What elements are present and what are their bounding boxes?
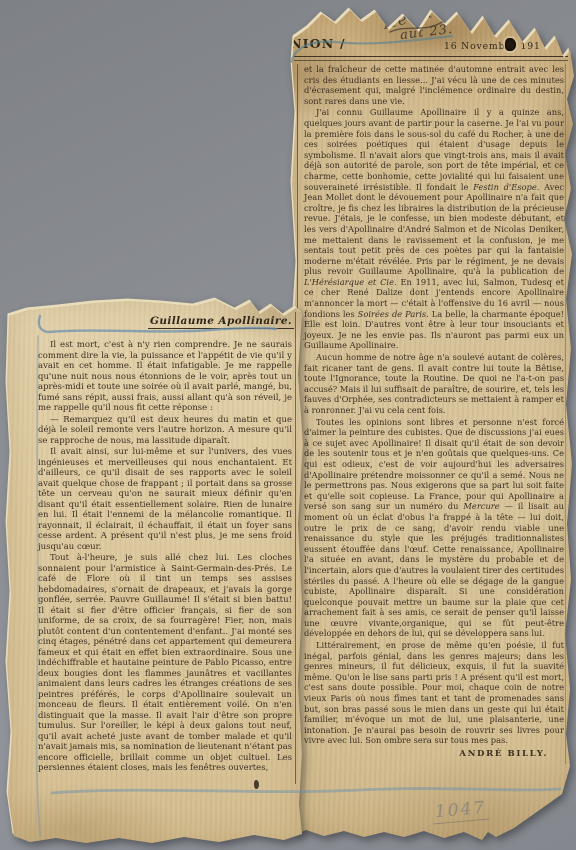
italic-title: Festin d'Esope. [473, 182, 539, 192]
paragraph: Il avait ainsi, sur lui-même et sur l'un… [38, 447, 292, 552]
scan-background: NION / Henri aut 23. 16 Novembre 191 et … [0, 0, 576, 850]
article-column: et la fraîcheur de cette matinée d'autom… [304, 64, 564, 760]
italic-title: Soirées de Paris. [358, 309, 429, 319]
paragraph: Tout à-l'heure, je suis allé chez lui. L… [38, 553, 292, 774]
torn-hole [254, 780, 259, 789]
paragraph: J'ai connu Guillaume Apollinaire il y a … [304, 107, 564, 351]
column-rule [295, 312, 296, 784]
column-rule [565, 64, 566, 764]
header-rule [294, 60, 568, 61]
paragraph: — Remarquez qu'il est deux heures du mat… [38, 415, 292, 447]
header-rule [294, 56, 568, 57]
text-run: J'ai connu Guillaume Apollinaire il y a … [304, 107, 564, 191]
text-run: Toutes les opinions sont libres et perso… [304, 417, 564, 512]
text-run: — il lisait au moment où un éclat d'obus… [304, 501, 564, 638]
paragraph: Aucun homme de notre âge n'a soulevé aut… [304, 352, 564, 416]
italic-title: L'Hérésiarque et Cie. [304, 277, 397, 287]
clipping-paper: Guillaume Apollinaire. Il est mort, c'es… [4, 294, 306, 848]
printed-date: 16 Novembre 191 [444, 41, 541, 52]
handwritten-page-number: 1047 [431, 798, 490, 825]
article-title: Guillaume Apollinaire. [148, 315, 294, 329]
newspaper-clipping-left: Guillaume Apollinaire. Il est mort, c'es… [4, 294, 306, 848]
text-run: Avec Jean Mollet dont le dévouement pour… [304, 182, 564, 277]
paragraph: Littérairement, en prose de même qu'en p… [304, 640, 564, 746]
clipping-paper: NION / Henri aut 23. 16 Novembre 191 et … [286, 4, 576, 844]
paragraph: et la fraîcheur de cette matinée d'autom… [304, 64, 564, 106]
italic-title: Mercure [463, 501, 499, 511]
masthead-fragment: NION / [290, 36, 346, 51]
article-column: Il est mort, c'est à n'y rien comprendre… [38, 340, 292, 775]
paragraph: Il est mort, c'est à n'y rien comprendre… [38, 340, 292, 414]
paragraph: Toutes les opinions sont libres et perso… [304, 417, 564, 639]
author-signature: ANDRÉ BILLY. [304, 749, 564, 760]
newspaper-clipping-right: NION / Henri aut 23. 16 Novembre 191 et … [286, 4, 576, 844]
torn-hole [505, 38, 516, 51]
